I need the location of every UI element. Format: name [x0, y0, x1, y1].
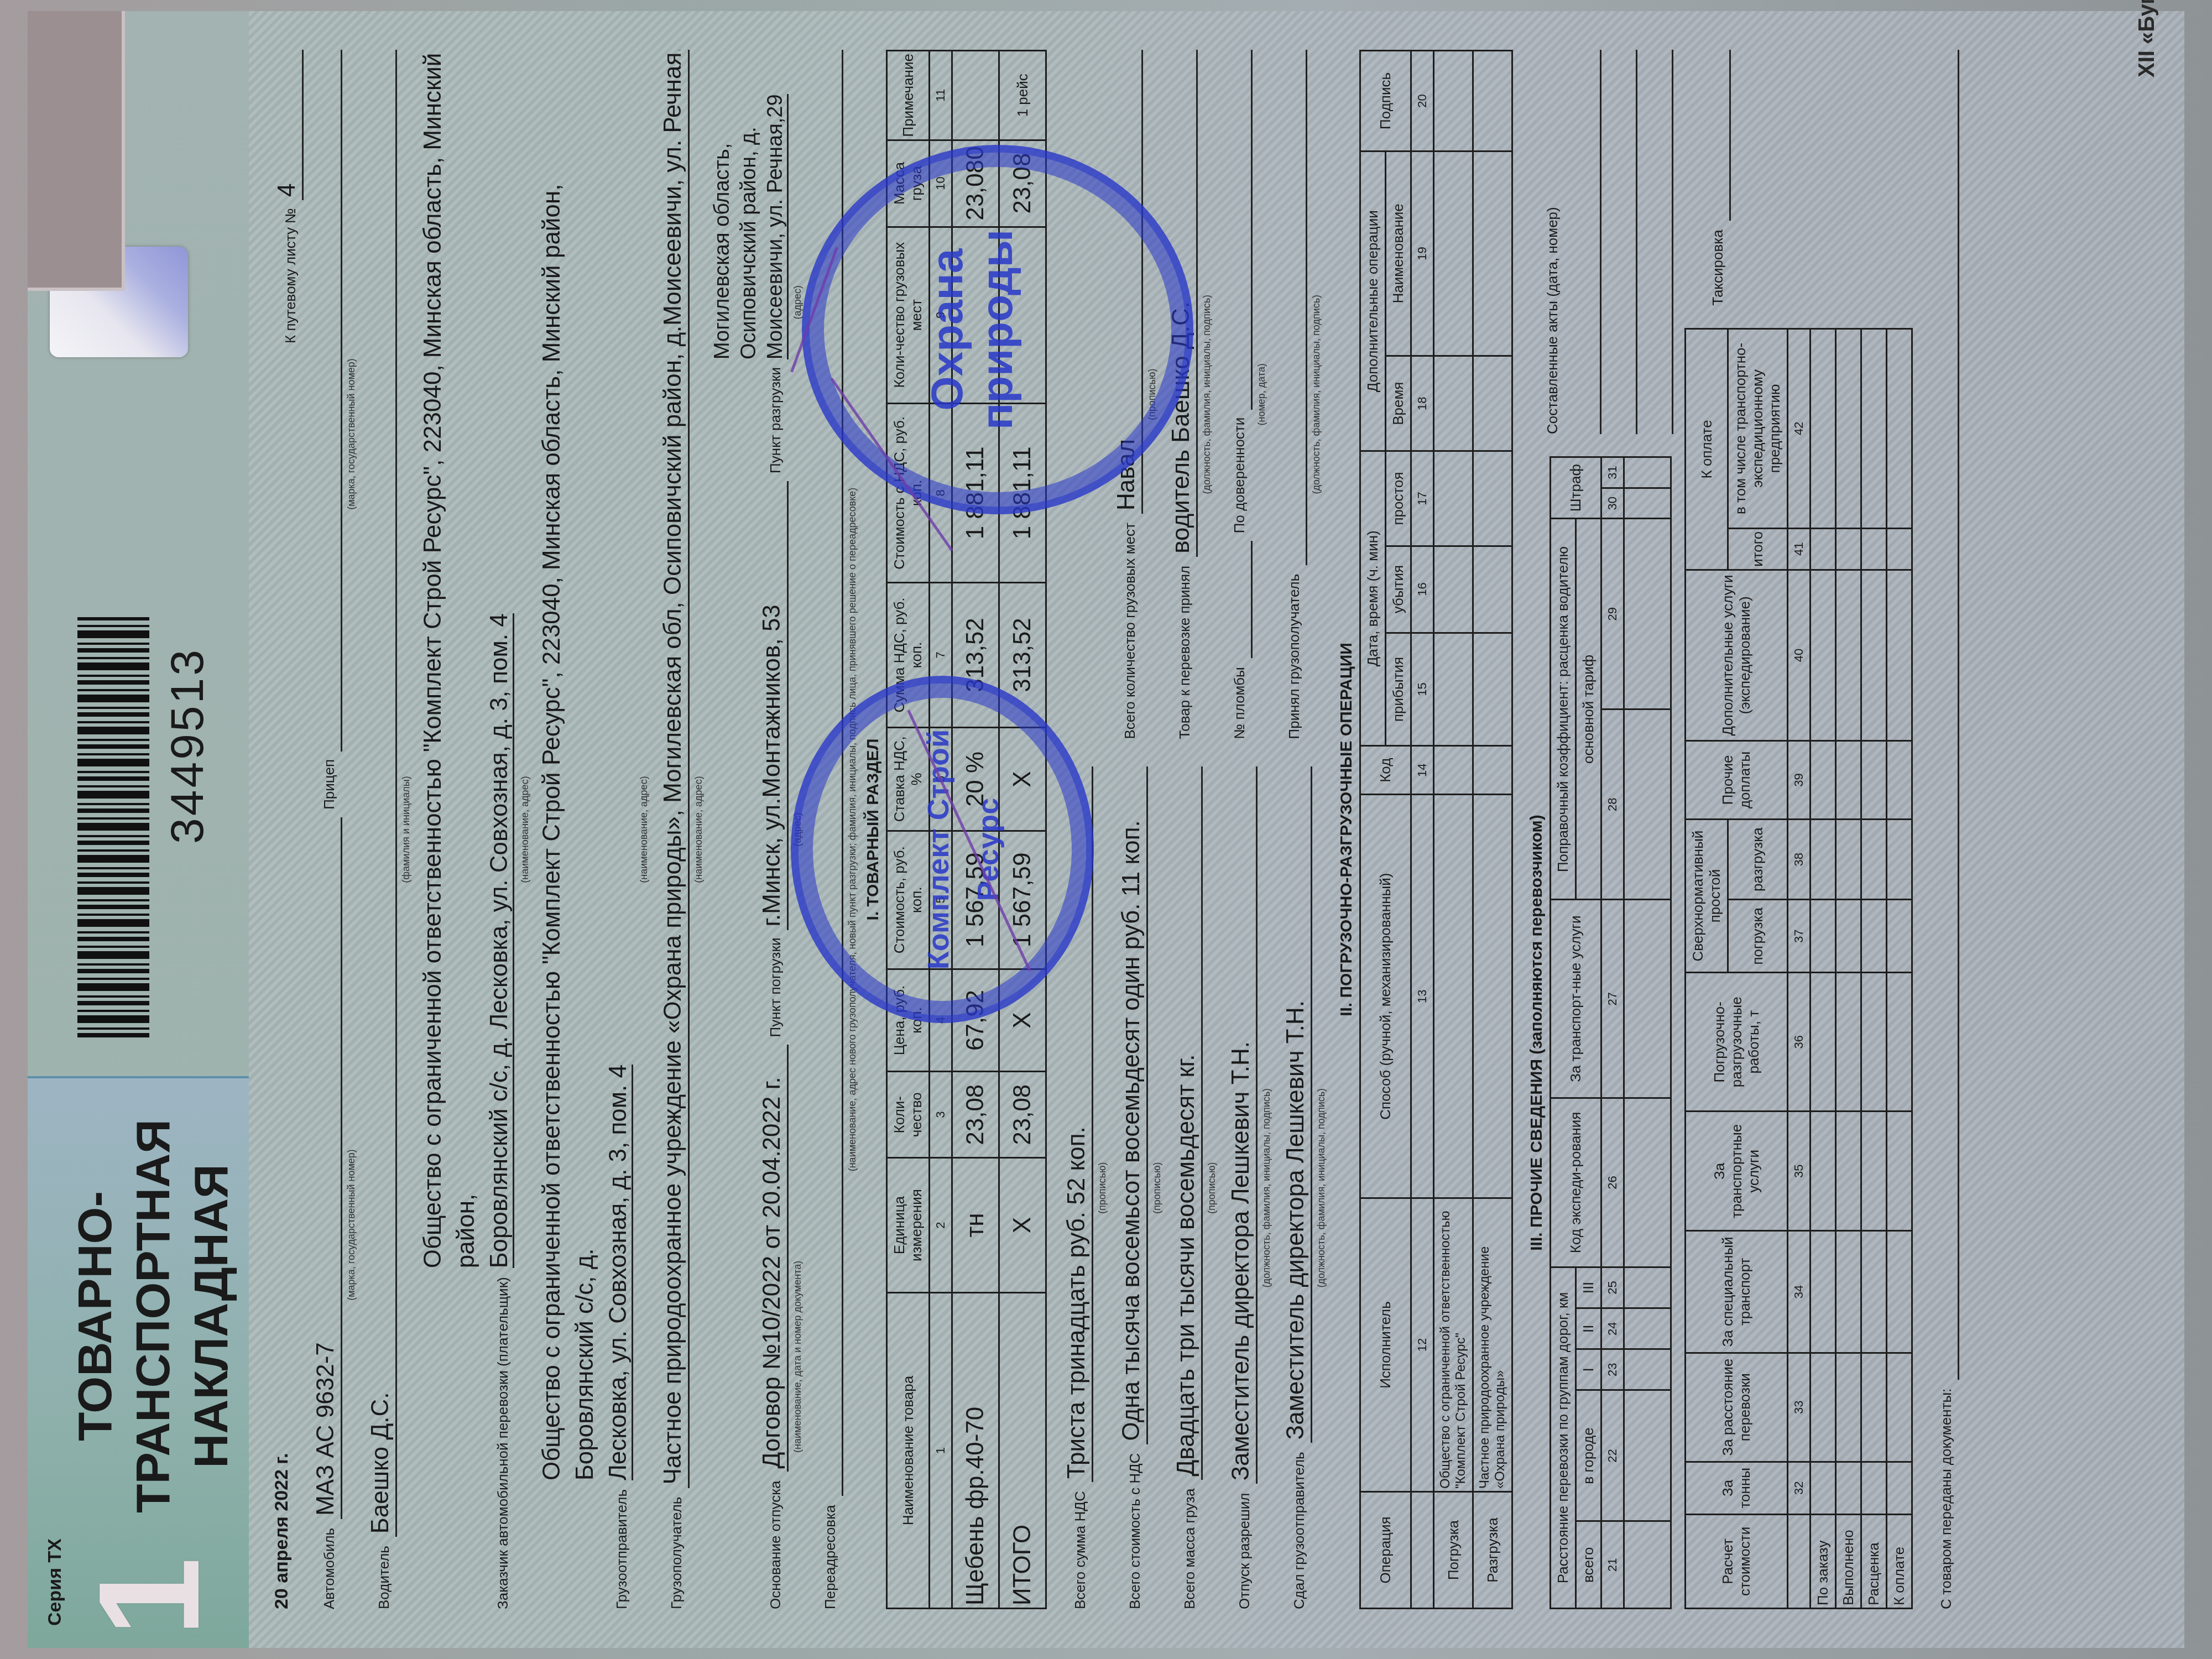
cell[interactable]	[1624, 1308, 1671, 1349]
group-overtime: Сверхнормативный простой	[1686, 819, 1728, 972]
col-num	[1788, 1514, 1811, 1608]
col-vat-rate: Ставка НДС, %	[887, 728, 930, 831]
col-goods-name: Наименование товара	[887, 1293, 930, 1609]
col-num: 11	[930, 51, 952, 140]
col-quantity: Коли-чество	[887, 1072, 930, 1158]
cell[interactable]	[1887, 740, 1912, 819]
accepted-label: Товар к перевозке принял	[1176, 566, 1198, 739]
cell-code[interactable]	[1434, 746, 1473, 795]
cell-time[interactable]	[1473, 356, 1512, 451]
col-num: 42	[1788, 328, 1811, 528]
col-code: Код	[1360, 746, 1411, 795]
proxy-field[interactable]	[1250, 50, 1253, 410]
col-loading-works: Погрузочно-разгрузочные работы, т	[1686, 973, 1788, 1112]
mass-words-row: Всего масса груза Двадцать три тысячи во…	[1167, 767, 1203, 1610]
col-extra-services: Дополнительные услуги (экспедирование)	[1686, 570, 1788, 740]
form-number: 1	[77, 1559, 232, 1637]
received-row: Принял грузополучатель	[1272, 50, 1307, 739]
col-num: 33	[1788, 1353, 1811, 1462]
cell[interactable]	[1624, 519, 1671, 709]
acts-field-2[interactable]	[1601, 50, 1637, 434]
cell-goods-name[interactable]: Щебень фр.40-70	[952, 1293, 999, 1609]
consignee-hint: (наименование, адрес)	[693, 50, 705, 1609]
taxing-field[interactable]	[1728, 50, 1731, 221]
col-vat-sum: Сумма НДС, руб. коп.	[887, 582, 930, 727]
waybill-label: К путевому листу №	[282, 208, 304, 343]
col-per-ton: За тонны	[1686, 1462, 1788, 1514]
customer-row: Заказчик автомобильной перевозки (плател…	[416, 50, 516, 1609]
cell-name[interactable]	[1473, 151, 1512, 356]
col-num: 29	[1601, 519, 1624, 709]
col-num: 31	[1601, 457, 1624, 488]
places-label: Всего количество грузовых мест	[1121, 523, 1143, 739]
cell[interactable]	[1861, 528, 1887, 570]
other-number-row: 21 22 23 24 25 26 27 28 29 30 31	[1601, 457, 1624, 1609]
group-extra-ops: Дополнительные операции	[1360, 151, 1386, 451]
col-num: 30	[1601, 488, 1624, 519]
cell-signature[interactable]	[1434, 51, 1473, 152]
cell[interactable]	[1861, 1462, 1887, 1514]
proxy-hint: (номер, дата)	[1256, 50, 1267, 739]
col-places: Коли-чество грузовых мест	[887, 227, 930, 403]
calc-row-done: Выполнено	[1836, 1514, 1861, 1608]
total-cost: 1 567,59	[999, 831, 1046, 969]
customer-label: Заказчик автомобильной перевозки (плател…	[494, 1277, 516, 1609]
group-datetime: Дата, время (ч. мин)	[1360, 451, 1386, 746]
unloading-line-3: Моисеевичи, ул. Речная,29	[764, 94, 789, 359]
cell[interactable]	[1836, 1112, 1861, 1231]
customer-field[interactable]: Общество с ограниченной ответственностью…	[416, 50, 516, 1268]
cell[interactable]	[1861, 900, 1887, 973]
cell-departure[interactable]	[1473, 546, 1512, 633]
places-hint: (прописью)	[1146, 50, 1158, 739]
col-num: 3	[930, 1072, 952, 1158]
cell[interactable]	[1836, 740, 1861, 819]
barcode-icon	[77, 617, 149, 1037]
vat-words-hint: (прописью)	[1097, 767, 1108, 1610]
table-row: Разгрузка Частное природоохранное учрежд…	[1473, 51, 1512, 1609]
handed-field[interactable]: Заместитель директора Лешкевич Т.Н.	[1282, 767, 1312, 1443]
cell[interactable]	[1836, 1231, 1861, 1353]
col-num: 32	[1788, 1462, 1811, 1514]
col-group-1: I	[1576, 1349, 1601, 1390]
accepted-field[interactable]: водитель Баешко Д.С.	[1167, 50, 1198, 557]
col-num: 16	[1411, 546, 1434, 633]
total-note: 1 рейс	[999, 51, 1046, 140]
cell[interactable]	[1861, 819, 1887, 900]
shipper-line-2: Лесковка, ул. Совхозная, д. 3, пом. 4	[604, 1065, 633, 1480]
cell-executor[interactable]: Общество с ограниченной ответственностью…	[1434, 1198, 1473, 1491]
cell-name[interactable]	[1434, 151, 1473, 356]
col-num: 5	[930, 831, 952, 969]
total-unit: Х	[999, 1158, 1046, 1293]
release-field[interactable]: Заместитель директора Лешкевич Т.Н.	[1227, 767, 1258, 1484]
col-num: 21	[1601, 1521, 1624, 1609]
cell-arrival[interactable]	[1473, 633, 1512, 746]
total-vat-rate: Х	[999, 728, 1046, 831]
release-label: Отпуск разрешил	[1236, 1493, 1258, 1609]
total-row: ИТОГО Х 23,08 Х 1 567,59 Х 313,52 1 881,…	[999, 51, 1046, 1609]
cell[interactable]	[1836, 1353, 1861, 1462]
cell-cost[interactable]: 1 567,59	[952, 831, 999, 969]
col-method: Способ (ручной, механизированный)	[1360, 795, 1411, 1198]
col-num: 17	[1411, 451, 1434, 546]
col-executor: Исполнитель	[1360, 1198, 1411, 1491]
unloading-point-label: Пункт разгрузки	[767, 367, 789, 473]
cell[interactable]	[1624, 1521, 1671, 1609]
cell[interactable]	[1811, 1231, 1836, 1353]
cost-words-hint: (прописью)	[1151, 767, 1163, 1610]
loading-point-label: Пункт погрузки	[767, 938, 789, 1037]
col-num: 27	[1601, 900, 1624, 1098]
cell-vat-sum[interactable]: 313,52	[952, 582, 999, 727]
shipper-line-1: Общество с ограниченной ответственностью…	[535, 50, 602, 1480]
loading-table: Операция Исполнитель Способ (ручной, мех…	[1359, 50, 1513, 1609]
cell-places[interactable]	[952, 227, 999, 403]
col-cost-with-vat: Стоимость с НДС, руб. коп.	[887, 403, 930, 582]
cell[interactable]	[1811, 528, 1836, 570]
mass-words-hint: (прописью)	[1206, 767, 1218, 1610]
total-cost-with-vat: 1 881,11	[999, 403, 1046, 582]
col-num: 36	[1788, 973, 1811, 1112]
other-table-wrap: III. ПРОЧИЕ СВЕДЕНИЯ (заполняются перево…	[1522, 456, 1673, 1609]
cell-mass[interactable]: 23,080	[952, 140, 999, 227]
col-num: 14	[1411, 746, 1434, 795]
total-quantity: 23,08	[999, 1072, 1046, 1158]
shipper-field[interactable]: Общество с ограниченной ответственностью…	[535, 50, 635, 1480]
cell-price[interactable]: 67,92	[952, 969, 999, 1072]
other-section-title: III. ПРОЧИЕ СВЕДЕНИЯ (заполняются перево…	[1527, 456, 1546, 1609]
table-row	[1624, 457, 1671, 1609]
consignment-note-sheet: Серия ТХ 1 ТОВАРНО-ТРАНСПОРТНАЯ НАКЛАДНА…	[28, 11, 2184, 1648]
cell-arrival[interactable]	[1434, 633, 1473, 746]
col-num: 28	[1601, 709, 1624, 900]
waybill-field[interactable]: 4	[273, 50, 304, 200]
col-num: 9	[930, 227, 952, 403]
cell[interactable]	[1811, 973, 1836, 1112]
cell-idle[interactable]	[1434, 451, 1473, 546]
vehicle-hint: (марка, государственный номер)	[346, 841, 357, 1609]
document-title: ТОВАРНО-ТРАНСПОРТНАЯ НАКЛАДНАЯ	[66, 1095, 241, 1537]
cell[interactable]	[1836, 570, 1861, 740]
accepted-row: Товар к перевозке принял водитель Баешко…	[1162, 50, 1198, 739]
release-row: Отпуск разрешил Заместитель директора Ле…	[1222, 767, 1258, 1610]
group-distance: Расстояние перевозки по группам дорог, к…	[1551, 1267, 1576, 1608]
cell[interactable]	[1861, 1353, 1887, 1462]
mass-words-label: Всего масса груза	[1181, 1489, 1203, 1609]
cell[interactable]	[1861, 740, 1887, 819]
driver-row: Водитель Баешко Д.С.	[362, 50, 397, 1609]
vat-words-field[interactable]: Триста тринадцать руб. 52 коп.	[1063, 767, 1093, 1483]
title-line-1: ТОВАРНО-ТРАНСПОРТНАЯ	[66, 1095, 182, 1537]
cell[interactable]	[1624, 1390, 1671, 1521]
col-note: Примечание	[887, 51, 930, 140]
cell[interactable]	[1836, 328, 1861, 528]
col-total: итого	[1728, 528, 1788, 570]
cell-code[interactable]	[1473, 746, 1512, 795]
calc-group-row: Расчет стоимости За тонны За расстояние …	[1686, 328, 1728, 1608]
calc-row-by-order: По заказу	[1811, 1514, 1836, 1608]
cell[interactable]	[1836, 1462, 1861, 1514]
acts-field-1[interactable]	[1566, 50, 1601, 434]
header-band: Серия ТХ 1 ТОВАРНО-ТРАНСПОРТНАЯ НАКЛАДНА…	[28, 11, 249, 1648]
consignee-field[interactable]: Частное природоохранное учреждение «Охра…	[659, 50, 690, 1488]
vat-words-row: Всего сумма НДС Триста тринадцать руб. 5…	[1058, 767, 1093, 1610]
received-hint: (должность, фамилия, инициалы, подпись)	[1311, 50, 1322, 739]
table-row: По заказу	[1811, 328, 1836, 1608]
col-num: 6	[930, 728, 952, 831]
documents-row: С товаром переданы документы:	[1924, 50, 1959, 1609]
other-group-row: Расстояние перевозки по группам дорог, к…	[1551, 457, 1576, 1609]
accepted-hint: (должность, фамилия, инициалы, подпись)	[1201, 50, 1213, 739]
basis-label: Основание отпуска	[767, 1480, 789, 1609]
col-num: 39	[1788, 740, 1811, 819]
cell[interactable]	[1861, 328, 1887, 528]
cell-departure[interactable]	[1434, 546, 1473, 633]
col-group-3: III	[1576, 1267, 1601, 1308]
cell[interactable]	[1887, 1462, 1912, 1514]
vat-words-label: Всего сумма НДС	[1072, 1491, 1093, 1609]
taxing-label: Таксировка	[1709, 229, 1731, 306]
cell-signature[interactable]	[1473, 51, 1512, 152]
unloading-point-field[interactable]: Могилевская область, Осиповичский район,…	[709, 50, 789, 359]
col-forwarding-code: Код экспеди-рования	[1551, 1098, 1601, 1267]
cell[interactable]	[1861, 570, 1887, 740]
trailer-hint: (марка, государственный номер)	[346, 50, 357, 818]
cell[interactable]	[1624, 488, 1671, 519]
acts-label: Составленные акты (дата, номер)	[1544, 59, 1566, 434]
col-num: 37	[1788, 900, 1811, 973]
cell[interactable]	[1836, 973, 1861, 1112]
cell[interactable]	[1624, 1349, 1671, 1390]
documents-label: С товаром переданы документы:	[1938, 1389, 1959, 1609]
col-num	[1411, 1491, 1434, 1608]
col-num: 26	[1601, 1098, 1624, 1267]
col-mass: Масса груза	[887, 140, 930, 227]
cell[interactable]	[1887, 570, 1912, 740]
cell[interactable]	[1624, 1267, 1671, 1308]
cell[interactable]	[1836, 819, 1861, 900]
calc-row-rate: Расценка	[1861, 1514, 1887, 1608]
col-operation: Операция	[1360, 1491, 1411, 1608]
cell[interactable]	[1836, 900, 1861, 973]
col-signature: Подпись	[1360, 51, 1411, 152]
cell-method[interactable]	[1473, 795, 1512, 1198]
shipper-hint: (наименование, адрес)	[638, 50, 650, 1609]
cell[interactable]	[1887, 819, 1912, 900]
hologram-block	[28, 11, 249, 468]
trailer-label: Прицеп	[321, 759, 342, 810]
acts-block: Составленные акты (дата, номер)	[1522, 50, 1673, 434]
received-field[interactable]	[1305, 50, 1307, 565]
total-price: Х	[999, 969, 1046, 1072]
col-num: 12	[1411, 1198, 1434, 1491]
col-num: 41	[1788, 528, 1811, 570]
driver-hint: (фамилия и инициалы)	[400, 50, 412, 1609]
cell-vat-rate[interactable]: 20 %	[952, 728, 999, 831]
proxy-label: По доверенности	[1231, 418, 1253, 534]
cell[interactable]	[1887, 973, 1912, 1112]
goods-table: Наименование товара Единица измерения Ко…	[886, 50, 1047, 1609]
cell-executor[interactable]: Частное природоохранное учреждение «Охра…	[1473, 1198, 1512, 1491]
col-departure: убытия	[1386, 546, 1411, 633]
col-num: 34	[1788, 1231, 1811, 1353]
col-num: 1	[930, 1293, 952, 1609]
vehicle-label: Автомобиль	[321, 1528, 342, 1609]
vehicle-field[interactable]: МАЗ АС 9632-7	[312, 817, 342, 1519]
cell[interactable]	[1624, 457, 1671, 488]
shipper-row: Грузоотправитель Общество с ограниченной…	[535, 50, 635, 1609]
total-label: ИТОГО	[999, 1293, 1046, 1609]
cell[interactable]	[1624, 900, 1671, 1098]
handed-row: Сдал грузоотправитель Заместитель директ…	[1277, 767, 1312, 1610]
col-num: 4	[930, 969, 952, 1072]
col-num: 25	[1601, 1267, 1624, 1308]
series-label: Серия ТХ	[44, 1538, 66, 1626]
col-name: Наименование	[1386, 151, 1411, 356]
cell[interactable]	[1624, 1098, 1671, 1267]
col-time: Время	[1386, 356, 1411, 451]
cell[interactable]	[1811, 1462, 1836, 1514]
seal-field[interactable]	[1250, 541, 1253, 658]
places-row: Всего количество грузовых мест Навал	[1108, 50, 1143, 739]
seal-label: № пломбы	[1231, 667, 1253, 739]
title-block: Серия ТХ 1 ТОВАРНО-ТРАНСПОРТНАЯ НАКЛАДНА…	[28, 1076, 249, 1648]
loading-point-field[interactable]: г.Минск, ул.Монтажников, 53	[758, 481, 789, 930]
col-num: 18	[1411, 356, 1434, 451]
col-num: 23	[1601, 1349, 1624, 1390]
proxy-row: № пломбы По доверенности	[1217, 50, 1253, 739]
cell[interactable]	[1887, 1353, 1912, 1462]
col-idle: простоя	[1386, 451, 1411, 546]
cell[interactable]	[1836, 528, 1861, 570]
readdress-hint: (наименование, адрес нового грузополучат…	[847, 50, 858, 1609]
cell[interactable]	[1887, 528, 1912, 570]
document-date: 20 апреля 2022 г.	[271, 1453, 293, 1609]
cell[interactable]	[1887, 328, 1912, 528]
col-num: 8	[930, 403, 952, 582]
cell[interactable]	[1811, 1353, 1836, 1462]
cell-cost-with-vat[interactable]: 1 881,11	[952, 403, 999, 582]
col-distance: За расстояние перевозки	[1686, 1353, 1788, 1462]
acts-field-3[interactable]	[1637, 50, 1673, 434]
totals-left: Всего сумма НДС Триста тринадцать руб. 5…	[1058, 767, 1332, 1610]
handed-label: Сдал грузоотправитель	[1291, 1452, 1312, 1609]
total-places	[999, 227, 1046, 403]
other-block: III. ПРОЧИЕ СВЕДЕНИЯ (заполняются перево…	[1522, 50, 1673, 1609]
col-num: 19	[1411, 151, 1434, 356]
cell[interactable]	[1861, 1112, 1887, 1231]
cost-words-label: Всего стоимость с НДС	[1126, 1453, 1148, 1609]
calc-table: Расчет стоимости За тонны За расстояние …	[1684, 328, 1913, 1609]
trailer-field[interactable]	[340, 50, 342, 752]
col-other-surcharges: Прочие доплаты	[1686, 740, 1788, 819]
cell-time[interactable]	[1434, 356, 1473, 451]
cell[interactable]	[1811, 819, 1836, 900]
cell[interactable]	[1861, 973, 1887, 1112]
col-arrival: прибытия	[1386, 633, 1411, 746]
readdress-field[interactable]	[841, 50, 843, 1496]
basis-hint: (наименование, дата и номер документа)	[792, 1104, 804, 1609]
table-row: Погрузка Общество с ограниченной ответст…	[1434, 51, 1473, 1609]
readdress-label: Переадресовка	[822, 1505, 843, 1609]
table-row: Выполнено	[1836, 328, 1861, 1608]
driver-field[interactable]: Баешко Д.С.	[367, 50, 397, 1537]
cell[interactable]	[1811, 1112, 1836, 1231]
cell-unit[interactable]: тн	[952, 1158, 999, 1293]
loading-hint: (адрес)	[792, 577, 804, 1082]
col-num: 35	[1788, 1112, 1811, 1231]
cell-idle[interactable]	[1473, 451, 1512, 546]
cell[interactable]	[1811, 570, 1836, 740]
goods-section-title: I. ТОВАРНЫЙ РАЗДЕЛ	[864, 50, 883, 1609]
loading-section-title: II. ПОГРУЗОЧНО-РАЗГРУЗОЧНЫЕ ОПЕРАЦИИ	[1337, 50, 1356, 1609]
document-number: 3449513	[160, 648, 214, 844]
col-num: 24	[1601, 1308, 1624, 1349]
cell[interactable]	[1811, 900, 1836, 973]
customer-hint: (наименование, адрес)	[519, 50, 531, 1609]
calc-number-row: 32 33 34 35 36 37 38 39 40 41 42	[1788, 328, 1811, 1608]
unloading-line-2: Осиповичский район, д.	[735, 50, 762, 359]
col-num: 38	[1788, 819, 1811, 900]
vehicle-hints: (марка, государственный номер) (марка, г…	[346, 50, 362, 1609]
col-num: 7	[930, 582, 952, 727]
col-transport-services: За транспорт-ные услуги	[1551, 900, 1601, 1098]
cell[interactable]	[1861, 1231, 1887, 1353]
cell-note[interactable]	[952, 51, 999, 140]
cell-operation: Погрузка	[1434, 1491, 1473, 1608]
total-vat-sum: 313,52	[999, 582, 1046, 727]
cell-operation: Разгрузка	[1473, 1491, 1512, 1608]
cell[interactable]	[1811, 328, 1836, 528]
total-mass: 23,08	[999, 140, 1046, 227]
cell-method[interactable]	[1434, 795, 1473, 1198]
mass-words-field[interactable]: Двадцать три тысячи восемьдесят кг.	[1172, 767, 1203, 1480]
basis-row: Основание отпуска Договор №10/2022 от 20…	[709, 50, 789, 1609]
col-total: всего	[1576, 1521, 1601, 1609]
col-num: 22	[1601, 1390, 1624, 1521]
goods-number-row: 1 2 3 4 5 6 7 8 9 10 11	[930, 51, 952, 1609]
printer-imprint: XII «Бумажная фабрика»	[2135, 0, 2159, 77]
totals-right: Всего количество грузовых мест Навал (пр…	[1058, 50, 1332, 739]
cell-quantity[interactable]: 23,08	[952, 1072, 999, 1158]
release-hint: (должность, фамилия, инициалы, подпись)	[1261, 767, 1272, 1610]
cell[interactable]	[1887, 900, 1912, 973]
basis-hints: (наименование, дата и номер документа) (…	[792, 50, 808, 1609]
table-row: Расценка	[1861, 328, 1887, 1608]
vehicle-row: Автомобиль МАЗ АС 9632-7 Прицеп	[307, 50, 342, 1609]
col-cost: Стоимость, руб. коп.	[887, 831, 930, 969]
goods-header-row: Наименование товара Единица измерения Ко…	[887, 51, 930, 1609]
places-field[interactable]: Навал	[1113, 50, 1143, 514]
cell[interactable]	[1624, 709, 1671, 900]
customer-line-1: Общество с ограниченной ответственностью…	[416, 50, 483, 1268]
col-num: 40	[1788, 570, 1811, 740]
cell[interactable]	[1811, 740, 1836, 819]
consignee-label: Грузополучатель	[668, 1497, 690, 1609]
consignee-row: Грузополучатель Частное природоохранное …	[654, 50, 690, 1609]
basis-field[interactable]: Договор №10/2022 от 20.04.2022 г.	[758, 1045, 789, 1472]
corner-block	[28, 11, 125, 291]
col-correction: Поправочный коэффициент: расценка водите…	[1551, 519, 1576, 900]
calc-block: Расчет стоимости За тонны За расстояние …	[1684, 50, 1913, 1609]
col-unloading: разгрузка	[1728, 819, 1788, 900]
taxing-block: Таксировка	[1684, 50, 1913, 306]
cell[interactable]	[1887, 1231, 1912, 1353]
cell[interactable]	[1887, 1112, 1912, 1231]
documents-field[interactable]	[1957, 50, 1959, 1380]
cost-words-field[interactable]: Одна тысяча восемьсот восемьдесят один р…	[1118, 767, 1148, 1444]
